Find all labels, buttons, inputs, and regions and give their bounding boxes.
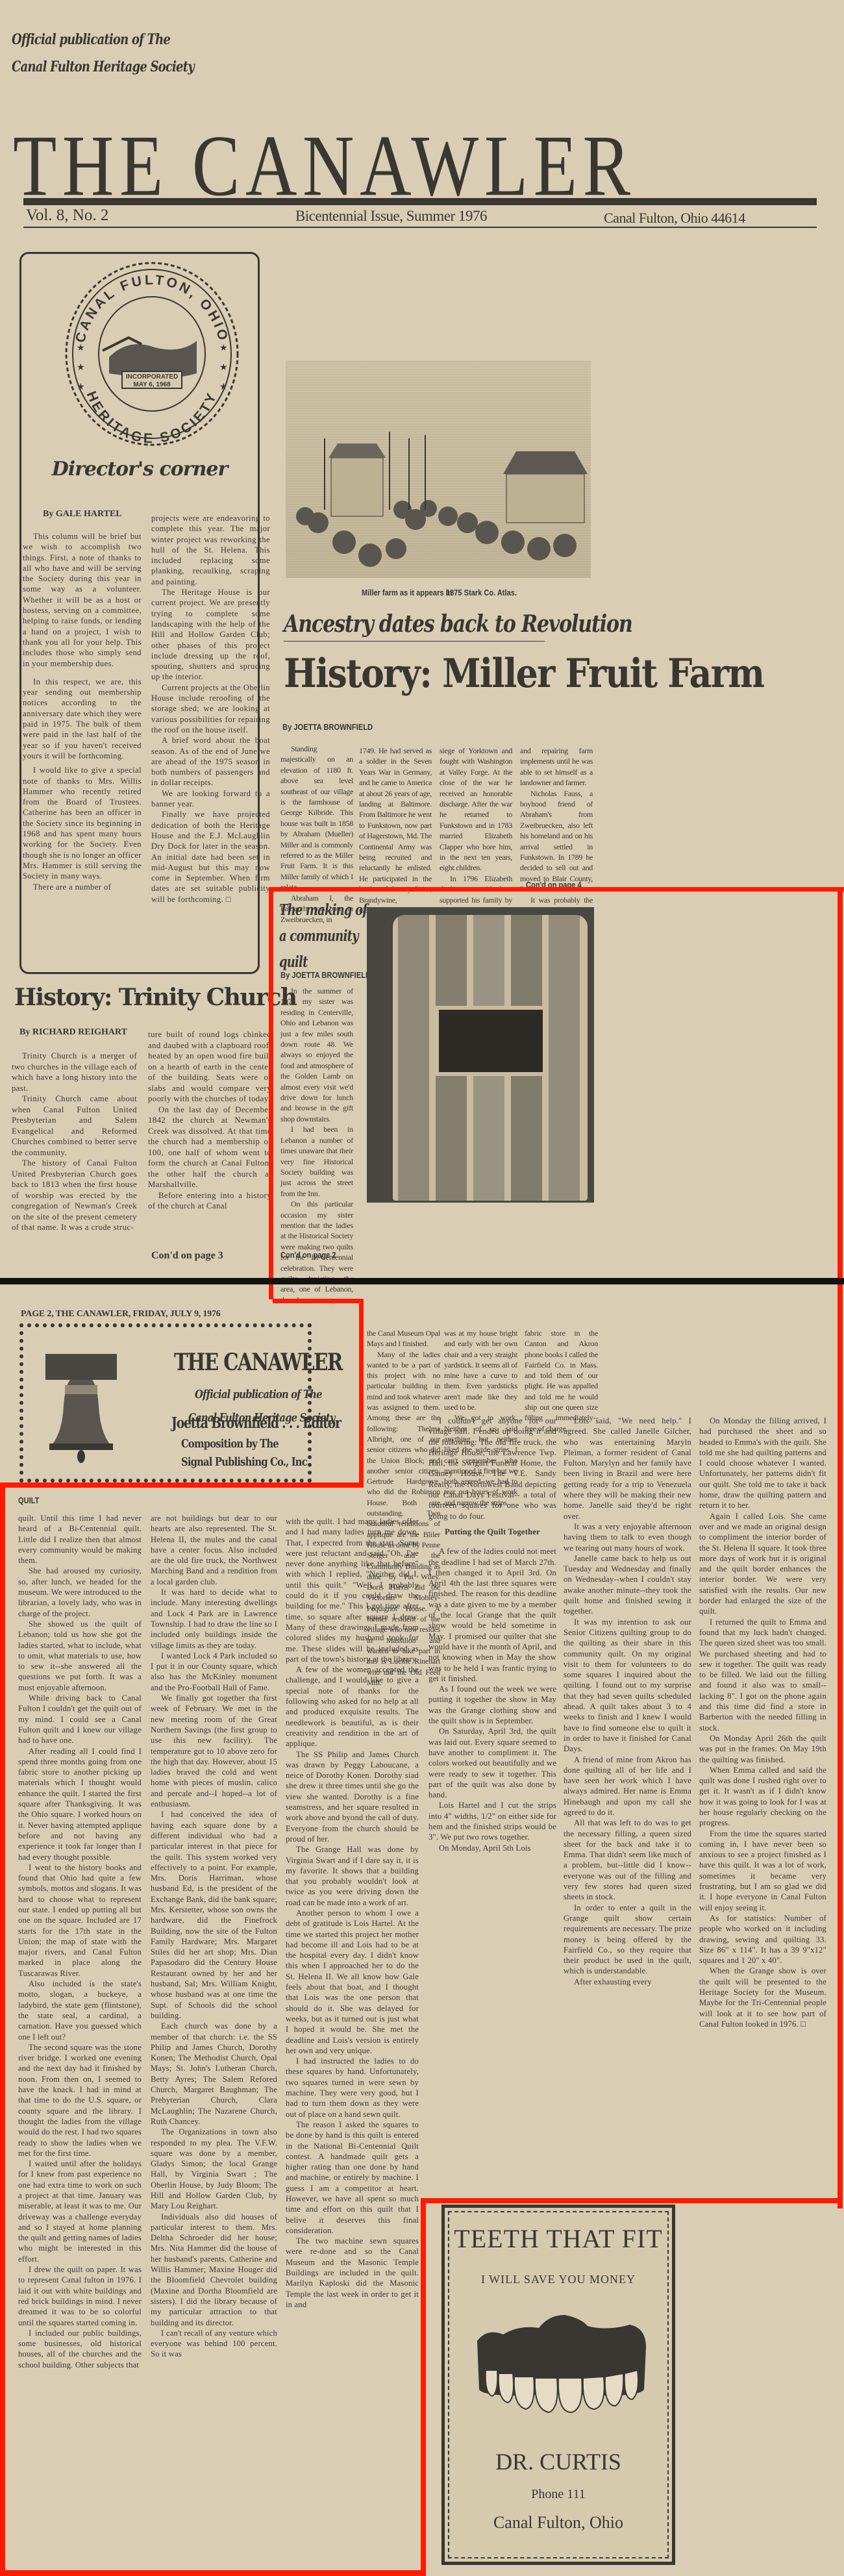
directors-corner-col1: This column will be brief but we wish to… bbox=[23, 531, 142, 892]
ad-headline: TEETH THAT FIT bbox=[445, 2223, 672, 2254]
official-publication-line: Official publication of The Canal Fulton… bbox=[12, 26, 194, 81]
highlight-masthead-bottom bbox=[0, 1482, 364, 1488]
highlight-right bbox=[838, 887, 843, 2208]
dentures-illustration bbox=[474, 2312, 649, 2416]
quilt-byline: By JOETTA BROWNFIELD bbox=[280, 970, 371, 980]
volume-number: Vol. 8, No. 2 bbox=[26, 206, 108, 225]
quilt-continued[interactable]: Con'd on page 2 bbox=[280, 1250, 336, 1260]
page-divider bbox=[0, 1278, 844, 1284]
page2-section-label: QUILT bbox=[18, 1495, 39, 1505]
highlight-left-upper bbox=[269, 887, 273, 1299]
page2-composition: Composition by The Signal Publishing Co.… bbox=[181, 1435, 310, 1471]
svg-text:★: ★ bbox=[77, 344, 85, 353]
issue-date: Bicentennial Issue, Summer 1976 bbox=[295, 208, 487, 225]
page2-col2: are not buildings but dear to our hearts… bbox=[151, 1513, 277, 2360]
masthead-rule bbox=[23, 198, 817, 205]
highlight-bottom-left bbox=[0, 2570, 425, 2576]
highlight-top bbox=[273, 887, 844, 892]
page2-editor: Joetta Brownfield . . . Editor bbox=[171, 1414, 341, 1432]
svg-text:MAY 6, 1968: MAY 6, 1968 bbox=[133, 381, 171, 388]
page2-col4: I couldn't get anyone for our village ha… bbox=[428, 1416, 556, 1853]
directors-corner-col2: projects were are endeavoring to complet… bbox=[151, 513, 270, 905]
liberty-bell-illustration bbox=[45, 1354, 117, 1464]
svg-text:★: ★ bbox=[77, 363, 85, 373]
highlight-ad-top bbox=[421, 2198, 843, 2203]
highlight-step-vertical bbox=[359, 1299, 364, 1487]
liberty-bell-icon bbox=[45, 1354, 117, 1464]
trinity-col1: Trinity Church is a merger of two church… bbox=[12, 1051, 137, 1233]
trinity-col2: ture built of round logs chinked and dau… bbox=[148, 1029, 271, 1212]
quilt-center-panel bbox=[435, 1006, 547, 1076]
page2-masthead-title: THE CANAWLER bbox=[174, 1349, 342, 1376]
trinity-headline: History: Trinity Church bbox=[14, 984, 297, 1011]
quilt-headline: The making of a community quilt bbox=[279, 897, 367, 975]
miller-headline: History: Miller Fruit Farm bbox=[284, 651, 763, 697]
page2-col5: Lois said, "We need help." I agreed. She… bbox=[564, 1416, 691, 1987]
miller-kicker: Ancestry dates back to Revolution bbox=[284, 610, 632, 638]
highlight-step-horizontal bbox=[273, 1299, 364, 1303]
ad-location: Canal Fulton, Ohio bbox=[445, 2513, 672, 2532]
page2-col3: with the quilt. I had many ladies offer … bbox=[286, 1516, 419, 2310]
page2-col1: quilt. Until this time I had never heard… bbox=[18, 1513, 142, 2370]
ad-phone: Phone 111 bbox=[445, 2487, 672, 2502]
directors-corner-byline: By GALE HARTEL bbox=[43, 509, 122, 519]
directors-corner-title: Director's corner bbox=[19, 458, 260, 481]
dentist-advertisement: TEETH THAT FIT I WILL SAVE YOU MONEY DR.… bbox=[441, 2205, 675, 2565]
seal-emblem-icon: INCORPORATED MAY 6, 1968 CANAL FULTON, O… bbox=[64, 260, 240, 448]
svg-text:★: ★ bbox=[77, 382, 85, 392]
trinity-byline: By RICHARD REIGHART bbox=[19, 1027, 127, 1038]
svg-text:HERITAGE SOCIETY: HERITAGE SOCIETY bbox=[84, 389, 221, 446]
svg-text:★: ★ bbox=[219, 363, 228, 373]
farm-caption-left: Miller farm as it appears in bbox=[362, 588, 452, 597]
svg-text:★: ★ bbox=[219, 344, 228, 353]
farm-caption-right: 1875 Stark Co. Atlas. bbox=[446, 588, 517, 597]
svg-text:INCORPORATED: INCORPORATED bbox=[126, 373, 178, 381]
dateline-rule bbox=[23, 227, 817, 228]
kicker-rule bbox=[284, 641, 545, 642]
page2-col6: On Monday the filling arrived, I had pur… bbox=[699, 1416, 826, 2029]
ad-subhead: I WILL SAVE YOU MONEY bbox=[445, 2273, 672, 2286]
farm-engraving-icon bbox=[286, 360, 591, 578]
ad-dentist-name: DR. CURTIS bbox=[445, 2448, 672, 2475]
heritage-society-seal: INCORPORATED MAY 6, 1968 CANAL FULTON, O… bbox=[64, 260, 240, 448]
highlight-left-lower bbox=[0, 1482, 5, 2576]
putting-quilt-together-subhead: Putting the Quilt Together bbox=[428, 1527, 556, 1537]
community-quilt-photo bbox=[367, 907, 594, 1203]
trinity-continued[interactable]: Con'd on page 3 bbox=[151, 1250, 223, 1262]
miller-farm-illustration bbox=[286, 360, 591, 578]
highlight-ad-left bbox=[421, 2198, 426, 2576]
masthead-title: THE CANAWLER bbox=[13, 125, 636, 206]
svg-text:★: ★ bbox=[219, 382, 228, 392]
dentures-icon bbox=[474, 2312, 649, 2416]
miller-byline: By JOETTA BROWNFIELD bbox=[282, 722, 373, 732]
location-zip: Canal Fulton, Ohio 44614 bbox=[604, 210, 745, 227]
page2-folio: PAGE 2, THE CANAWLER, FRIDAY, JULY 9, 19… bbox=[21, 1309, 221, 1319]
